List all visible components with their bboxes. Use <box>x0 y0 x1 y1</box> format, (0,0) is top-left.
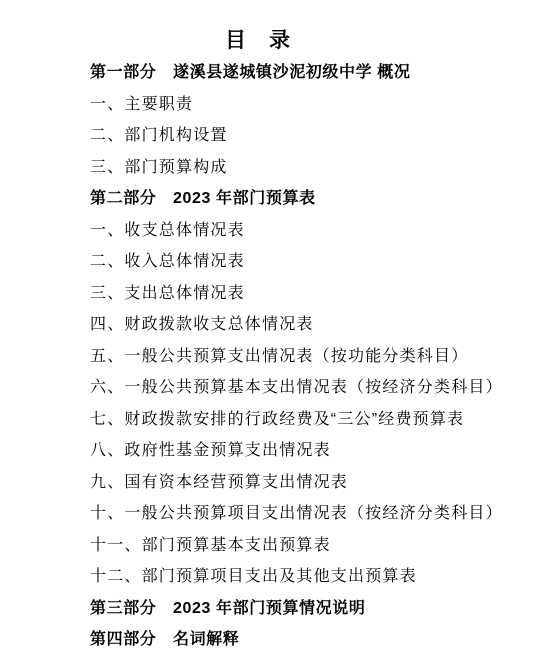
toc-entry: 三、部门预算构成 <box>90 152 524 184</box>
toc-entry: 一、收支总体情况表 <box>90 215 524 247</box>
toc-entry: 三、支出总体情况表 <box>90 278 524 310</box>
toc-section-heading: 第四部分 名词解释 <box>90 624 524 655</box>
toc-entry: 十二、部门预算项目支出及其他支出预算表 <box>90 561 524 593</box>
toc-entry: 十、一般公共预算项目支出情况表（按经济分类科目） <box>90 498 524 530</box>
toc-entry: 十一、部门预算基本支出预算表 <box>90 530 524 562</box>
toc-entry: 六、一般公共预算基本支出情况表（按经济分类科目） <box>90 372 524 404</box>
toc-entry: 四、财政拨款收支总体情况表 <box>90 309 524 341</box>
toc-entry: 八、政府性基金预算支出情况表 <box>90 435 524 467</box>
toc-section-heading: 第二部分 2023 年部门预算表 <box>90 183 524 215</box>
page-title: 目 录 <box>0 29 554 52</box>
toc-section-heading: 第一部分 遂溪县遂城镇沙泥初级中学 概况 <box>90 57 524 89</box>
toc-list: 第一部分 遂溪县遂城镇沙泥初级中学 概况一、主要职责二、部门机构设置三、部门预算… <box>0 57 554 655</box>
toc-entry: 一、主要职责 <box>90 89 524 121</box>
document-page: 目 录 第一部分 遂溪县遂城镇沙泥初级中学 概况一、主要职责二、部门机构设置三、… <box>0 0 554 655</box>
toc-entry: 七、财政拨款安排的行政经费及“三公”经费预算表 <box>90 404 524 436</box>
toc-entry: 九、国有资本经营预算支出情况表 <box>90 467 524 499</box>
toc-entry: 二、部门机构设置 <box>90 120 524 152</box>
toc-entry: 五、一般公共预算支出情况表（按功能分类科目） <box>90 341 524 373</box>
toc-section-heading: 第三部分 2023 年部门预算情况说明 <box>90 593 524 625</box>
toc-entry: 二、收入总体情况表 <box>90 246 524 278</box>
